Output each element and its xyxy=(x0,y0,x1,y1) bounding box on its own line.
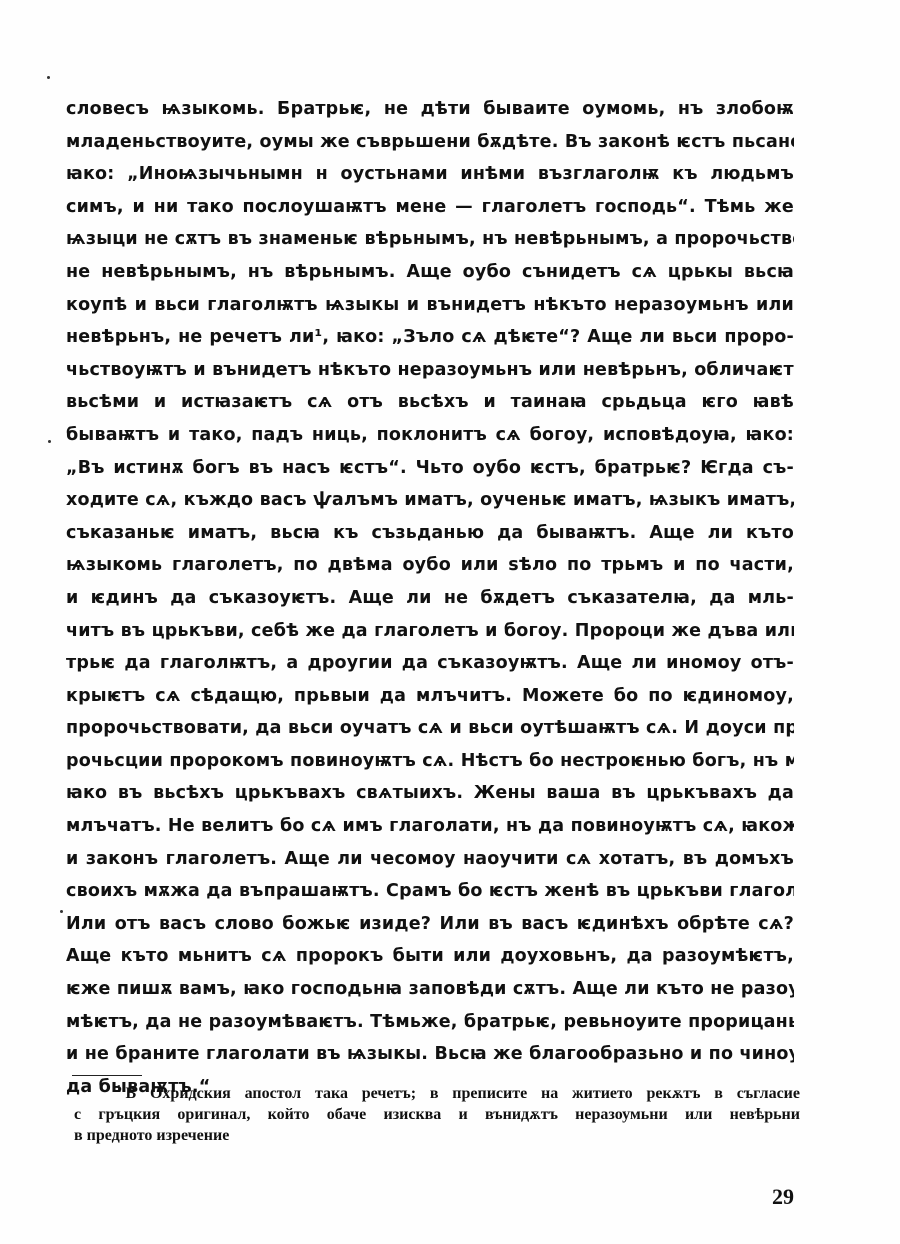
page-number: 29 xyxy=(772,1184,794,1210)
document-page: словесъ ѩзыкомь. Братрьѥ, не дѣти бываит… xyxy=(0,0,900,1244)
text-line: крыѥтъ сѧ сѣдащю, прьвыи да млъчитъ. Мож… xyxy=(66,680,794,713)
text-line: мѣѥтъ, да не разоумѣваѥтъ. Тѣмьже, братр… xyxy=(66,1006,794,1039)
text-line: вьсѣми и истꙗзаѥтъ сѧ отъ вьсѣхъ и таина… xyxy=(66,386,794,419)
text-line: ꙗко: „Иноѩзычьнымн н оустьнами инѣми въз… xyxy=(66,158,794,191)
text-line: словесъ ѩзыкомь. Братрьѥ, не дѣти бываит… xyxy=(66,93,794,126)
text-line: и ѥдинъ да съказоуѥтъ. Аще ли не бѫдетъ … xyxy=(66,582,794,615)
footnote-line: 1В Охридския апостол така речетъ; в преп… xyxy=(74,1083,800,1104)
text-line: „Въ истинѫ богъ въ насъ ѥстъ“. Чьто оубо… xyxy=(66,452,794,485)
print-speck xyxy=(47,76,50,79)
text-line: чьствоуѭтъ и вънидетъ нѣкъто неразоумьнъ… xyxy=(66,354,794,387)
print-speck xyxy=(60,910,63,913)
text-line: Или отъ васъ слово божьѥ изиде? Или въ в… xyxy=(66,908,794,941)
text-line: и не браните глаголати въ ѩзыкы. Вьсꙗ же… xyxy=(66,1038,794,1071)
text-line: своихъ мѫжа да въпрашаѭтъ. Срамъ бо ѥстъ… xyxy=(66,875,794,908)
footnote-line: в предното изречение xyxy=(74,1125,800,1146)
footnote-divider xyxy=(72,1075,142,1076)
text-line: не невѣрьнымъ, нъ вѣрьнымъ. Аще оубо сън… xyxy=(66,256,794,289)
text-line: ѥже пишѫ вамъ, ꙗко господьнꙗ заповѣди сѫ… xyxy=(66,973,794,1006)
text-line: невѣрьнъ, не речетъ ли¹, ꙗко: „Зъло сѧ д… xyxy=(66,321,794,354)
footnote-line: с гръцкия оригинал, който обаче изисква … xyxy=(74,1104,800,1125)
footnote-text: В Охридския апостол така речетъ; в препи… xyxy=(126,1085,801,1102)
text-line: симъ, и ни тако послоушаѭтъ мене — глаго… xyxy=(66,191,794,224)
print-speck xyxy=(48,440,51,443)
text-line: коупѣ и вьси глаголѭтъ ѩзыкы и вънидетъ … xyxy=(66,289,794,322)
text-line: бываѭтъ и тако, падъ ниць, поклонитъ сѧ … xyxy=(66,419,794,452)
text-line: ꙗко въ вьсѣхъ црькъвахъ свѧтыихъ. Жены в… xyxy=(66,777,794,810)
text-line: пророчьствовати, да вьси оучатъ сѧ и вьс… xyxy=(66,712,794,745)
text-line: съказаньѥ иматъ, вьсꙗ къ съзьданью да бы… xyxy=(66,517,794,550)
text-line: ходите сѧ, къждо васъ ѱалъмъ иматъ, оуче… xyxy=(66,484,794,517)
main-text-block: словесъ ѩзыкомь. Братрьѥ, не дѣти бываит… xyxy=(66,93,794,1103)
text-line: млъчатъ. Не велитъ бо сѧ имъ глаголати, … xyxy=(66,810,794,843)
footnote: 1В Охридския апостол така речетъ; в преп… xyxy=(74,1083,800,1146)
text-line: рочьсции пророкомъ повиноуѭтъ сѧ. Нѣстъ … xyxy=(66,745,794,778)
footnote-marker: 1 xyxy=(116,1083,122,1095)
text-line: Аще къто мьнитъ сѧ пророкъ быти или доух… xyxy=(66,940,794,973)
text-line: и законъ глаголетъ. Аще ли чесомоу наоуч… xyxy=(66,843,794,876)
text-line: ѩзыкомь глаголетъ, по двѣма оубо или ѕѣл… xyxy=(66,549,794,582)
text-line: трьѥ да глаголѭтъ, а дроугии да съказоуѭ… xyxy=(66,647,794,680)
text-line: ѩзыци не сѫтъ въ знаменьѥ вѣрьнымъ, нъ н… xyxy=(66,223,794,256)
text-line: читъ въ црькъви, себѣ же да глаголетъ и … xyxy=(66,615,794,648)
text-line: младеньствоуите, оумы же съврьшени бѫдѣт… xyxy=(66,126,794,159)
